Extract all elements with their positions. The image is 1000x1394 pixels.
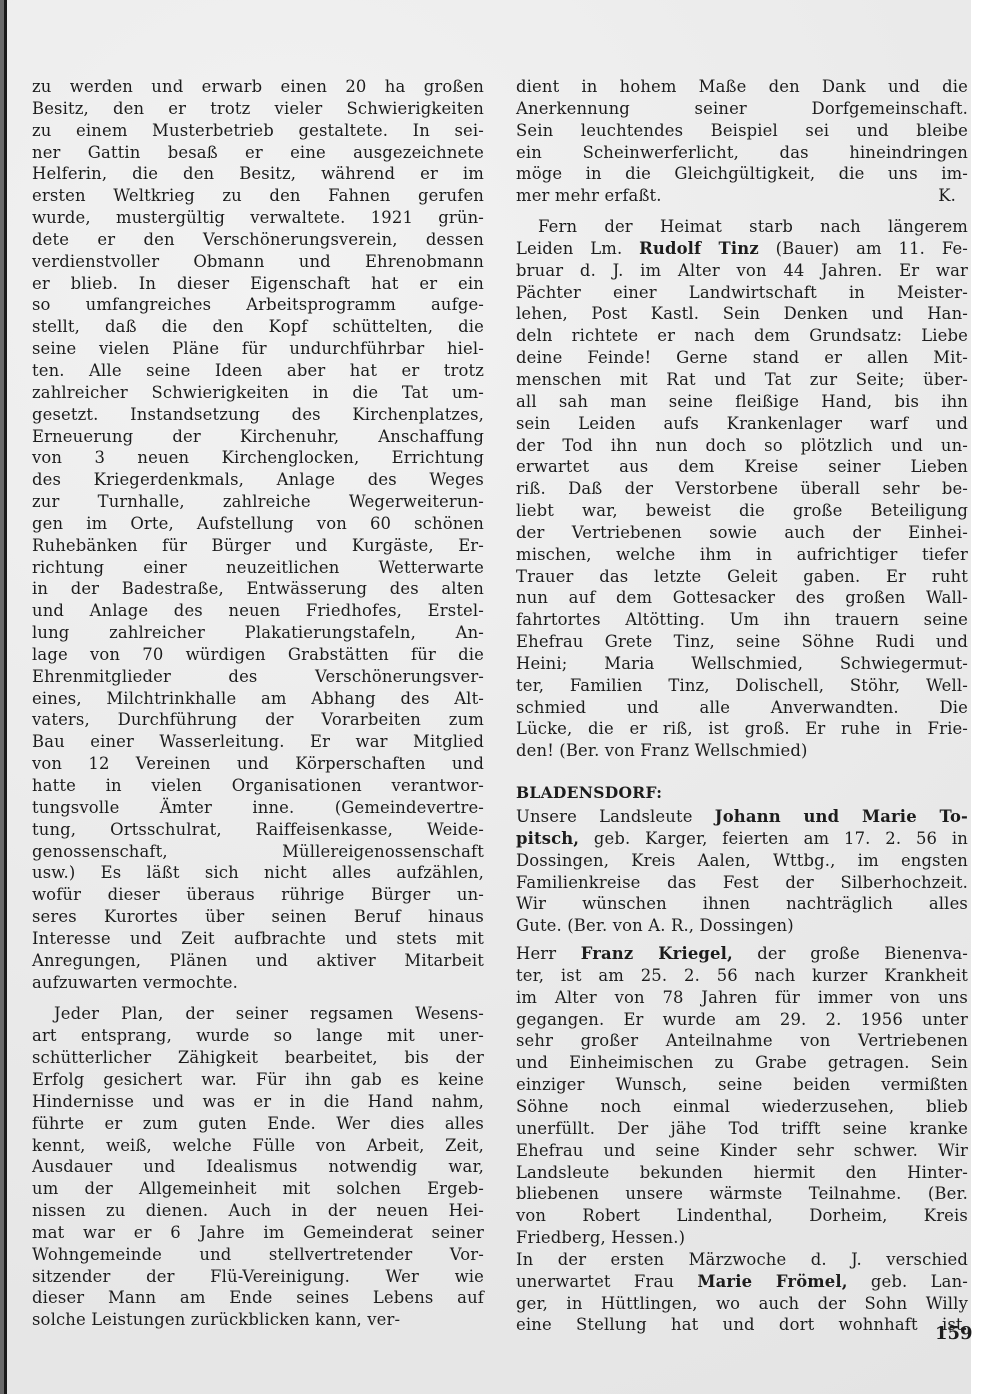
text-line: der Vertriebenen sowie auch der Einhei- <box>516 522 968 544</box>
text-line: kennt, weiß, welche Fülle von Arbeit, Ze… <box>32 1135 484 1157</box>
text-line: usw.) Es läßt sich nicht alles aufzählen… <box>32 862 484 884</box>
person-name: Franz Kriegel, <box>581 944 733 963</box>
text-line: Wir wünschen ihnen nachträglich alles <box>516 893 968 915</box>
section-heading: BLADENSDORF: <box>516 782 968 804</box>
text-line: Helferin, die den Besitz, während er im <box>32 163 484 185</box>
text-line: des Kriegerdenkmals, Anlage des Weges <box>32 469 484 491</box>
text-line: sitzender der Flü-Vereinigung. Wer wie <box>32 1266 484 1288</box>
text-line: tung, Ortsschulrat, Raiffeisenkasse, Wei… <box>32 819 484 841</box>
text-line: im Alter von 78 Jahren für immer von uns <box>516 987 968 1009</box>
text-line: Interesse und Zeit aufbrachte und stets … <box>32 928 484 950</box>
person-name: Marie Frömel, <box>697 1272 847 1291</box>
text-line: seres Kurortes über seinen Beruf hinaus <box>32 906 484 928</box>
text-line: dete er den Verschönerungsverein, dessen <box>32 229 484 251</box>
scanned-page: zu werden und erwarb einen 20 ha großenB… <box>0 0 971 1394</box>
text-line: Fern der Heimat starb nach längerem <box>516 216 968 238</box>
text-line: erwartet aus dem Kreise seiner Lieben <box>516 456 968 478</box>
text-line: von Robert Lindenthal, Dorheim, Kreis <box>516 1205 968 1227</box>
text-line: ein Scheinwerferlicht, das hineindringen <box>516 142 968 164</box>
text-line: Hindernisse und was er in die Hand nahm, <box>32 1091 484 1113</box>
paragraph-obituary-franz-kriegel: Herr Franz Kriegel, der große Bienenva- … <box>516 943 968 1249</box>
text-line: Ehrenmitglieder des Verschönerungsver- <box>32 666 484 688</box>
text-line: in der Badestraße, Entwässerung des alte… <box>32 578 484 600</box>
text-line: Ausdauer und Idealismus notwendig war, <box>32 1156 484 1178</box>
text-line: ten. Alle seine Ideen aber hat er trotz <box>32 360 484 382</box>
text-line: Gute. (Ber. von A. R., Dossingen) <box>516 915 968 937</box>
text-line: riß. Daß der Verstorbene überall sehr be… <box>516 478 968 500</box>
text-line: mischen, welche ihm in aufrichtiger tief… <box>516 544 968 566</box>
text-line: um der Allgemeinheit mit solchen Ergeb- <box>32 1178 484 1200</box>
paragraph-silver-wedding: Unsere Landsleute Johann und Marie To- p… <box>516 806 968 937</box>
text-line: sein Leiden aufs Krankenlager warf und <box>516 413 968 435</box>
text-line: schütterlicher Zähigkeit bearbeitet, bis… <box>32 1047 484 1069</box>
text-fragment: Leiden Lm. <box>516 239 639 258</box>
text-line: Trauer das letzte Geleit gaben. Er ruht <box>516 566 968 588</box>
text-line: Dossingen, Kreis Aalen, Wttbg., im engst… <box>516 850 968 872</box>
text-line: wurde, mustergültig verwaltete. 1921 grü… <box>32 207 484 229</box>
text-line: Ehefrau Grete Tinz, seine Söhne Rudi und <box>516 631 968 653</box>
text-line: und Einheimischen zu Grabe getragen. Sei… <box>516 1052 968 1074</box>
text-line: fahrtortes Altötting. Um ihn trauern sei… <box>516 609 968 631</box>
text-fragment: der große Bienenva- <box>733 944 968 963</box>
text-line: menschen mit Rat und Tat zur Seite; über… <box>516 369 968 391</box>
text-line: ersten Weltkrieg zu den Fahnen gerufen <box>32 185 484 207</box>
text-fragment: Herr <box>516 944 581 963</box>
text-line: gegangen. Er wurde am 29. 2. 1956 unter <box>516 1009 968 1031</box>
text-line: Familienkreise das Fest der Silberhochze… <box>516 872 968 894</box>
text-line: Heini; Maria Wellschmied, Schwiegermut- <box>516 653 968 675</box>
text-line: eines, Milchtrinkhalle am Abhang des Alt… <box>32 688 484 710</box>
text-line: all sah man seine fleißige Hand, bis ihn <box>516 391 968 413</box>
text-line: In der ersten Märzwoche d. J. verschied <box>516 1249 968 1271</box>
text-line: nun auf dem Gottesacker des großen Wall- <box>516 587 968 609</box>
text-line: Ehefrau und seine Kinder sehr schwer. Wi… <box>516 1140 968 1162</box>
text-line: richtung einer neuzeitlichen Wetterwarte <box>32 557 484 579</box>
text-line: Besitz, den er trotz vieler Schwierigkei… <box>32 98 484 120</box>
text-line: ter, ist am 25. 2. 56 nach kurzer Krankh… <box>516 965 968 987</box>
left-column: zu werden und erwarb einen 20 ha großenB… <box>32 76 484 1331</box>
right-column: dient in hohem Maße den Dank und dieAner… <box>516 76 968 1336</box>
text-line: solche Leistungen zurückblicken kann, ve… <box>32 1309 484 1331</box>
person-name: Rudolf Tinz <box>639 239 759 258</box>
page-number: 159 <box>935 1323 973 1344</box>
text-line: ner Gattin besaß er eine ausgezeichnete <box>32 142 484 164</box>
text-line: stellt, daß die den Kopf schüttelten, di… <box>32 316 484 338</box>
text-line: wofür dieser überaus rührige Bürger un- <box>32 884 484 906</box>
text-fragment: (Bauer) am 11. Fe- <box>759 239 968 258</box>
text-line-content: mer mehr erfaßt. <box>516 186 662 205</box>
text-line: führte er zum guten Ende. Wer dies alles <box>32 1113 484 1135</box>
text-line: seine vielen Pläne für undurchführbar hi… <box>32 338 484 360</box>
text-line: zur Turnhalle, zahlreiche Wegerweiterun- <box>32 491 484 513</box>
text-line: unerfüllt. Der jähe Tod trifft seine kra… <box>516 1118 968 1140</box>
text-line: Erfolg gesichert war. Für ihn gab es kei… <box>32 1069 484 1091</box>
text-line: Leiden Lm. Rudolf Tinz (Bauer) am 11. Fe… <box>516 238 968 260</box>
text-line: von 12 Vereinen und Körperschaften und <box>32 753 484 775</box>
text-line: Bau einer Wasserleitung. Er war Mitglied <box>32 731 484 753</box>
text-line: zu einem Musterbetrieb gestaltete. In se… <box>32 120 484 142</box>
text-line: Anerkennung seiner Dorfgemeinschaft. <box>516 98 968 120</box>
page-binding-shadow <box>4 0 7 1394</box>
text-line: Jeder Plan, der seiner regsamen Wesens- <box>32 1003 484 1025</box>
text-fragment: Unsere Landsleute <box>516 807 715 826</box>
text-line: mat war er 6 Jahre im Gemeinderat seiner <box>32 1222 484 1244</box>
paragraph-obituary-marie-froemel: In der ersten Märzwoche d. J. verschied … <box>516 1249 968 1336</box>
author-signature: K. <box>938 185 956 207</box>
text-line: liebt war, beweist die große Beteiligung <box>516 500 968 522</box>
text-line: Unsere Landsleute Johann und Marie To- <box>516 806 968 828</box>
text-line: dient in hohem Maße den Dank und die <box>516 76 968 98</box>
text-line: zahlreicher Schwierigkeiten in die Tat u… <box>32 382 484 404</box>
text-line: genossenschaft, Müllereigenossenschaft <box>32 841 484 863</box>
text-line: lehen, Post Kastl. Sein Denken und Han- <box>516 303 968 325</box>
text-line: verdienstvoller Obmann und Ehrenobmann <box>32 251 484 273</box>
text-line: Landsleute bekunden hiermit den Hinter- <box>516 1162 968 1184</box>
text-line: unerwartet Frau Marie Frömel, geb. Lan- <box>516 1271 968 1293</box>
text-line: Pächter einer Landwirtschaft in Meister- <box>516 282 968 304</box>
text-line: Wohngemeinde und stellvertretender Vor- <box>32 1244 484 1266</box>
text-line: deln richtete er nach dem Grundsatz: Lie… <box>516 325 968 347</box>
text-line: gesetzt. Instandsetzung des Kirchenplatz… <box>32 404 484 426</box>
text-line: den! (Ber. von Franz Wellschmied) <box>516 740 968 762</box>
text-line: Söhne noch einmal wiederzusehen, blieb <box>516 1096 968 1118</box>
text-line: art entsprang, wurde so lange mit uner- <box>32 1025 484 1047</box>
text-line: hatte in vielen Organisationen verantwor… <box>32 775 484 797</box>
text-line: bliebenen unsere wärmste Teilnahme. (Ber… <box>516 1183 968 1205</box>
text-line: tungsvolle Ämter inne. (Gemeindevertre- <box>32 797 484 819</box>
text-line: lage von 70 würdigen Grabstätten für die <box>32 644 484 666</box>
text-line: er blieb. In dieser Eigenschaft hat er e… <box>32 273 484 295</box>
text-line: möge in die Gleichgültigkeit, die uns im… <box>516 163 968 185</box>
text-line: pitsch, geb. Karger, feierten am 17. 2. … <box>516 828 968 850</box>
text-line: der Tod ihn nun doch so plötzlich und un… <box>516 435 968 457</box>
text-line: Anregungen, Plänen und aktiver Mitarbeit <box>32 950 484 972</box>
text-line: zu werden und erwarb einen 20 ha großen <box>32 76 484 98</box>
text-line: bruar d. J. im Alter von 44 Jahren. Er w… <box>516 260 968 282</box>
text-line: nissen zu dienen. Auch in der neuen Hei- <box>32 1200 484 1222</box>
text-line: sehr großer Anteilnahme von Vertriebenen <box>516 1030 968 1052</box>
text-line: lung zahlreicher Plakatierungstafeln, An… <box>32 622 484 644</box>
paragraph: zu werden und erwarb einen 20 ha großenB… <box>32 76 484 993</box>
text-line: aufzuwarten vermochte. <box>32 972 484 994</box>
text-line: und Anlage des neuen Friedhofes, Erstel- <box>32 600 484 622</box>
text-line: eine Stellung hat und dort wohnhaft ist. <box>516 1314 968 1336</box>
text-fragment: geb. Karger, feierten am 17. 2. 56 in <box>579 829 968 848</box>
text-line: ger, in Hüttlingen, wo auch der Sohn Wil… <box>516 1293 968 1315</box>
text-fragment: geb. Lan- <box>848 1272 968 1291</box>
text-line: Lücke, die er riß, ist groß. Er ruhe in … <box>516 718 968 740</box>
text-line: Herr Franz Kriegel, der große Bienenva- <box>516 943 968 965</box>
text-fragment: unerwartet Frau <box>516 1272 697 1291</box>
text-line: von 3 neuen Kirchenglocken, Errichtung <box>32 447 484 469</box>
text-line: deine Feinde! Gerne stand er allen Mit- <box>516 347 968 369</box>
paragraph-tribute-conclusion: dient in hohem Maße den Dank und dieAner… <box>516 76 968 185</box>
text-line: dieser Mann am Ende seines Lebens auf <box>32 1287 484 1309</box>
text-line: ter, Familien Tinz, Dolischell, Stöhr, W… <box>516 675 968 697</box>
text-line: Erneuerung der Kirchenuhr, Anschaffung <box>32 426 484 448</box>
paragraph: Jeder Plan, der seiner regsamen Wesens-a… <box>32 1003 484 1331</box>
text-line: Ruhebänken für Bürger und Kurgäste, Er- <box>32 535 484 557</box>
text-line: vaters, Durchführung der Vorarbeiten zum <box>32 709 484 731</box>
text-line: so umfangreiches Arbeitsprogramm aufge- <box>32 294 484 316</box>
text-line: schmied und alle Anverwandten. Die <box>516 697 968 719</box>
person-name: Johann und Marie To- <box>715 807 968 826</box>
text-line: gen im Orte, Aufstellung von 60 schönen <box>32 513 484 535</box>
paragraph-obituary-rudolf-tinz: Fern der Heimat starb nach längerem Leid… <box>516 216 968 762</box>
text-line: mer mehr erfaßt. K. <box>516 185 968 207</box>
person-name: pitsch, <box>516 829 579 848</box>
text-line: Friedberg, Hessen.) <box>516 1227 968 1249</box>
text-line: einziger Wunsch, seine beiden vermißten <box>516 1074 968 1096</box>
text-line: Sein leuchtendes Beispiel sei und bleibe <box>516 120 968 142</box>
